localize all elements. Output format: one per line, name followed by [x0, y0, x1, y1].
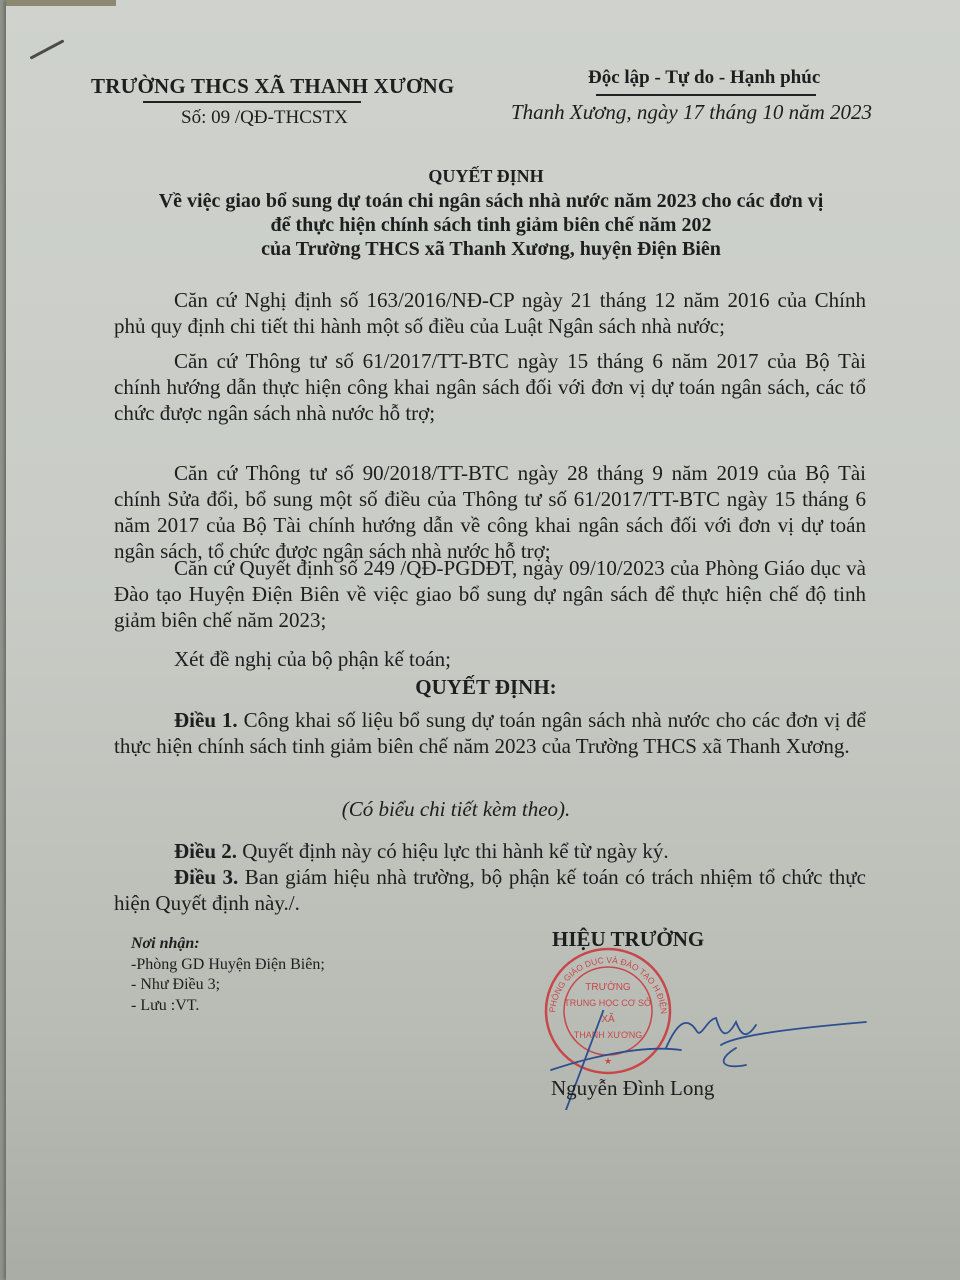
- place-date: Thanh Xương, ngày 17 tháng 10 năm 2023: [511, 100, 872, 125]
- background-edge: [6, 0, 116, 6]
- school-underline: [143, 101, 361, 103]
- article-text: Quyết định này có hiệu lực thi hành kể t…: [237, 839, 669, 863]
- pencil-mark: [30, 39, 65, 59]
- subject-line: để thực hiện chính sách tinh giảm biên c…: [106, 213, 876, 237]
- document-page: TRƯỜNG THCS XÃ THANH XƯƠNG Số: 09 /QĐ-TH…: [6, 0, 960, 1280]
- motto-underline: [596, 94, 816, 96]
- decision-heading: QUYẾT ĐỊNH:: [6, 675, 960, 700]
- document-subject: Về việc giao bổ sung dự toán chi ngân sá…: [106, 189, 876, 261]
- preamble-paragraph: Căn cứ Thông tư số 90/2018/TT-BTC ngày 2…: [114, 460, 866, 564]
- subject-line: của Trường THCS xã Thanh Xương, huyện Đi…: [106, 237, 876, 261]
- preamble-paragraph: Xét đề nghị của bộ phận kế toán;: [114, 646, 866, 672]
- signer-name: Nguyễn Đình Long: [551, 1076, 714, 1101]
- recipient-item: - Lưu :VT.: [131, 997, 199, 1015]
- document-number: Số: 09 /QĐ-THCSTX: [181, 107, 348, 129]
- attachment-note: (Có biểu chi tiết kèm theo).: [6, 797, 906, 822]
- recipient-item: -Phòng GD Huyện Điện Biên;: [131, 956, 325, 974]
- subject-line: Về việc giao bổ sung dự toán chi ngân sá…: [106, 189, 876, 213]
- article-label: Điều 2.: [174, 839, 237, 863]
- preamble-paragraph: Căn cứ Thông tư số 61/2017/TT-BTC ngày 1…: [114, 348, 866, 426]
- preamble-paragraph: Căn cứ Quyết định số 249 /QĐ-PGDĐT, ngày…: [114, 555, 866, 633]
- school-name: TRƯỜNG THCS XÃ THANH XƯƠNG: [91, 74, 454, 99]
- national-motto: Độc lập - Tự do - Hạnh phúc: [588, 67, 820, 89]
- document-title: QUYẾT ĐỊNH: [6, 166, 960, 187]
- preamble-paragraph: Căn cứ Nghị định số 163/2016/NĐ-CP ngày …: [114, 287, 866, 339]
- article-2: Điều 2. Quyết định này có hiệu lực thi h…: [114, 838, 866, 864]
- stamp-line: TRUNG HỌC CƠ SỞ: [564, 997, 652, 1008]
- article-label: Điều 1.: [174, 708, 238, 732]
- recipient-item: - Như Điều 3;: [131, 976, 220, 994]
- article-3: Điều 3. Ban giám hiệu nhà trường, bộ phậ…: [114, 864, 866, 916]
- article-1: Điều 1. Công khai số liệu bổ sung dự toá…: [114, 707, 866, 759]
- stamp-line: TRƯỜNG: [585, 980, 631, 993]
- article-label: Điều 3.: [174, 865, 238, 889]
- recipients-label: Nơi nhận:: [131, 935, 200, 953]
